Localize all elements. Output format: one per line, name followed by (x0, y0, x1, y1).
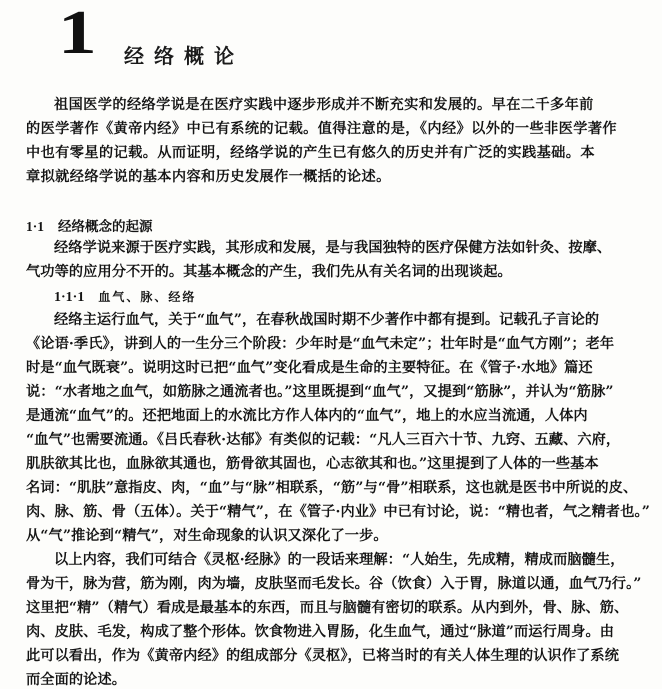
subsection-number: 1·1·1 (54, 290, 84, 305)
text-line: 骨为干，脉为营，筋为刚，肉为墙，皮肤坚而毛发长。谷（饮食）入于胃，脉道以通，血气… (26, 572, 638, 596)
section-1-1-paragraph: 经络学说来源于医疗实践，其形成和发展，是与我国独特的医疗保健方法如针灸、按摩、 … (26, 236, 638, 284)
text-line: 的医学著作《黄帝内经》中已有系统的记载。值得注意的是，《内经》以外的一些非医学著… (26, 117, 638, 141)
intro-paragraph: 祖国医学的经络学说是在医疗实践中逐步形成并不断充实和发展的。早在二千多年前 的医… (26, 93, 638, 189)
text-line: 肉、脉、筋、骨（五体）。关于“精气”，在《管子·内业》中已有讨论，说：“精也者，… (26, 500, 638, 524)
text-line: 以上内容，我们可结合《灵枢·经脉》的一段话来理解：“人始生，先成精，精成而脑髓生… (26, 548, 638, 572)
subsection-paragraph-2: 以上内容，我们可结合《灵枢·经脉》的一段话来理解：“人始生，先成精，精成而脑髓生… (26, 548, 638, 689)
section-heading-1-1: 1·1经络概念的起源 (26, 215, 153, 235)
chapter-title: 经络概论 (124, 40, 244, 69)
text-line: 是通流“血气”的。还把地面上的水流比方作人体内的“血气”，地上的水应当流通，人体… (26, 404, 638, 428)
text-line: 《论语·季氏》，讲到人的一生分三个阶段：少年时是“血气未定”；壮年时是“血气方刚… (26, 332, 638, 356)
text-line: 肌肤欲其比也，血脉欲其通也，筋骨欲其固也，心志欲其和也。”这里提到了人体的一些基… (26, 452, 638, 476)
subsection-title: 血气、脉、经络 (98, 290, 196, 304)
text-line: 从“气”推论到“精气”，对生命现象的认识又深化了一步。 (26, 524, 638, 548)
text-line: 气功等的应用分不开的。其基本概念的产生，我们先从有关名词的出现谈起。 (26, 260, 638, 284)
section-number: 1·1 (26, 219, 44, 234)
text-line: 而全面的论述。 (26, 668, 638, 689)
text-line: 这里把“精”（精气）看成是最基本的东西，而且与脑髓有密切的联系。从内到外，骨、脉… (26, 596, 638, 620)
text-line: 名词：“肌肤”意指皮、肉，“血”与“脉”相联系，“筋”与“骨”相联系，这也就是医… (26, 476, 638, 500)
text-line: “血气”也需要流通。《吕氏春秋·达郁》有类似的记载：“凡人三百六十节、九窍、五藏… (26, 428, 638, 452)
text-line: 说：“水者地之血气，如筋脉之通流者也。”这里既提到“血气”，又提到“筋脉”，并认… (26, 380, 638, 404)
text-line: 章拟就经络学说的基本内容和历史发展作一概括的论述。 (26, 165, 638, 189)
text-line: 中也有零星的记载。从而证明，经络学说的产生已有悠久的历史并有广泛的实践基础。本 (26, 141, 638, 165)
text-line: 此可以看出，作为《黄帝内经》的组成部分《灵枢》，已将当时的有关人体生理的认识作了… (26, 644, 638, 668)
text-line: 肉、皮肤、毛发，构成了整个形体。饮食物进入胃肠，化生血气，通过“脉道”而运行周身… (26, 620, 638, 644)
text-line: 经络主运行血气，关于“血气”，在春秋战国时期不少著作中都有提到。记载孔子言论的 (26, 308, 638, 332)
text-line: 时是“血气既衰”。说明这时已把“血气”变化看成是生命的主要特征。在《管子·水地》… (26, 356, 638, 380)
section-title: 经络概念的起源 (58, 219, 153, 235)
subsection-paragraph-1: 经络主运行血气，关于“血气”，在春秋战国时期不少著作中都有提到。记载孔子言论的 … (26, 308, 638, 548)
subsection-heading-1-1-1: 1·1·1血气、脉、经络 (54, 288, 196, 306)
text-line: 祖国医学的经络学说是在医疗实践中逐步形成并不断充实和发展的。早在二千多年前 (26, 93, 638, 117)
chapter-number: 1 (58, 2, 97, 64)
text-line: 经络学说来源于医疗实践，其形成和发展，是与我国独特的医疗保健方法如针灸、按摩、 (26, 236, 638, 260)
document-page: 1 经络概论 祖国医学的经络学说是在医疗实践中逐步形成并不断充实和发展的。早在二… (0, 0, 662, 689)
